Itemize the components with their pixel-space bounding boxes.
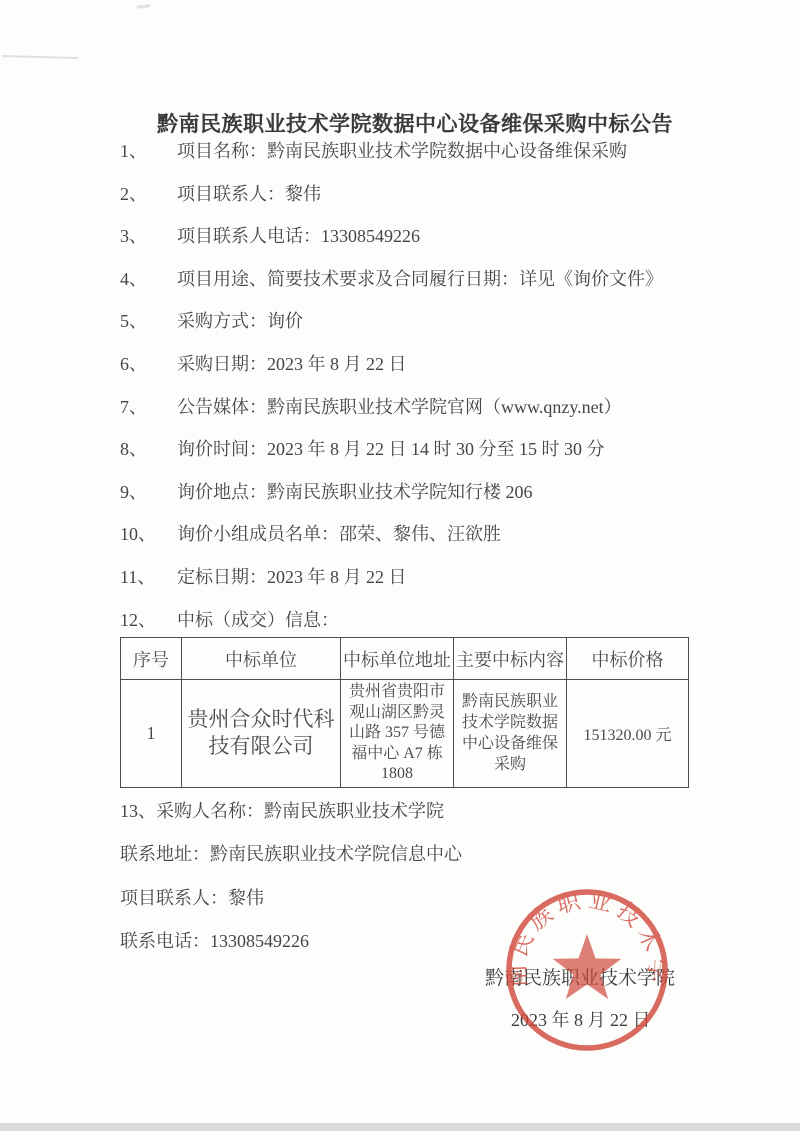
list-item: 7、公告媒体：黔南民族职业技术学院官网（www.qnzy.net）	[120, 396, 720, 439]
list-item: 4、项目用途、简要技术要求及合同履行日期：详见《询价文件》	[120, 268, 720, 311]
cell-company: 贵州合众时代科技有限公司	[182, 680, 341, 788]
list-item: 9、询价地点：黔南民族职业技术学院知行楼 206	[120, 481, 720, 524]
item-number: 7、	[120, 396, 177, 419]
cell-content: 黔南民族职业技术学院数据中心设备维保采购	[454, 680, 567, 788]
item-text: 询价时间：2023 年 8 月 22 日 14 时 30 分至 15 时 30 …	[177, 439, 605, 459]
item-text: 定标日期：2023 年 8 月 22 日	[177, 567, 407, 587]
award-info-table: 序号 中标单位 中标单位地址 主要中标内容 中标价格 1 贵州合众时代科技有限公…	[120, 637, 689, 788]
list-item: 11、定标日期：2023 年 8 月 22 日	[120, 566, 720, 609]
col-header-price: 中标价格	[567, 638, 689, 680]
item-number: 3、	[120, 225, 177, 248]
item-text: 采购方式：询价	[177, 311, 303, 331]
item-number: 8、	[120, 438, 177, 461]
item-number: 6、	[120, 353, 177, 376]
item-number: 12、	[120, 609, 177, 632]
col-header-address: 中标单位地址	[341, 638, 454, 680]
item-text: 公告媒体：黔南民族职业技术学院官网（www.qnzy.net）	[177, 397, 622, 417]
item-number: 4、	[120, 268, 177, 291]
scan-page-edge	[0, 1123, 800, 1131]
official-seal: 黔南民族职业技术学院	[502, 885, 672, 1055]
cell-address: 贵州省贵阳市观山湖区黔灵山路 357 号德福中心 A7 栋 1808	[341, 680, 454, 788]
table-row: 1 贵州合众时代科技有限公司 贵州省贵阳市观山湖区黔灵山路 357 号德福中心 …	[121, 680, 689, 788]
item-number: 10、	[120, 523, 177, 546]
col-header-seq: 序号	[121, 638, 182, 680]
item-text: 采购日期：2023 年 8 月 22 日	[177, 354, 407, 374]
item-number: 11、	[120, 566, 177, 589]
item-text: 询价地点：黔南民族职业技术学院知行楼 206	[177, 482, 533, 502]
item-text: 项目名称：黔南民族职业技术学院数据中心设备维保采购	[177, 141, 627, 161]
item-text: 项目用途、简要技术要求及合同履行日期：详见《询价文件》	[177, 269, 663, 289]
page-title: 黔南民族职业技术学院数据中心设备维保采购中标公告	[30, 108, 800, 138]
scan-artifact-line	[2, 55, 78, 59]
item-text: 项目联系人：黎伟	[177, 184, 321, 204]
col-header-company: 中标单位	[182, 638, 341, 680]
purchaser-name-line: 13、采购人名称：黔南民族职业技术学院	[120, 800, 680, 823]
cell-price: 151320.00 元	[567, 680, 689, 788]
seal-star-icon	[553, 934, 621, 999]
item-number: 2、	[120, 183, 177, 206]
list-item: 8、询价时间：2023 年 8 月 22 日 14 时 30 分至 15 时 3…	[120, 438, 720, 481]
item-number: 1、	[120, 140, 177, 163]
cell-seq: 1	[121, 680, 182, 788]
list-item: 1、项目名称：黔南民族职业技术学院数据中心设备维保采购	[120, 140, 720, 183]
list-item: 6、采购日期：2023 年 8 月 22 日	[120, 353, 720, 396]
col-header-content: 主要中标内容	[454, 638, 567, 680]
list-item: 10、询价小组成员名单：邵荣、黎伟、汪欲胜	[120, 523, 720, 566]
scan-artifact-dash	[137, 4, 150, 9]
list-item: 3、项目联系人电话：13308549226	[120, 225, 720, 268]
item-text: 询价小组成员名单：邵荣、黎伟、汪欲胜	[177, 524, 501, 544]
contact-address-line: 联系地址：黔南民族职业技术学院信息中心	[120, 843, 680, 866]
numbered-item-list: 1、项目名称：黔南民族职业技术学院数据中心设备维保采购 2、项目联系人：黎伟 3…	[120, 140, 720, 651]
list-item: 2、项目联系人：黎伟	[120, 183, 720, 226]
item-text: 中标（成交）信息：	[177, 610, 339, 630]
item-number: 9、	[120, 481, 177, 504]
list-item: 5、采购方式：询价	[120, 310, 720, 353]
item-text: 项目联系人电话：13308549226	[177, 226, 420, 246]
item-number: 5、	[120, 310, 177, 333]
scanned-page: 黔南民族职业技术学院数据中心设备维保采购中标公告 1、项目名称：黔南民族职业技术…	[0, 0, 800, 1131]
table-header-row: 序号 中标单位 中标单位地址 主要中标内容 中标价格	[121, 638, 689, 680]
